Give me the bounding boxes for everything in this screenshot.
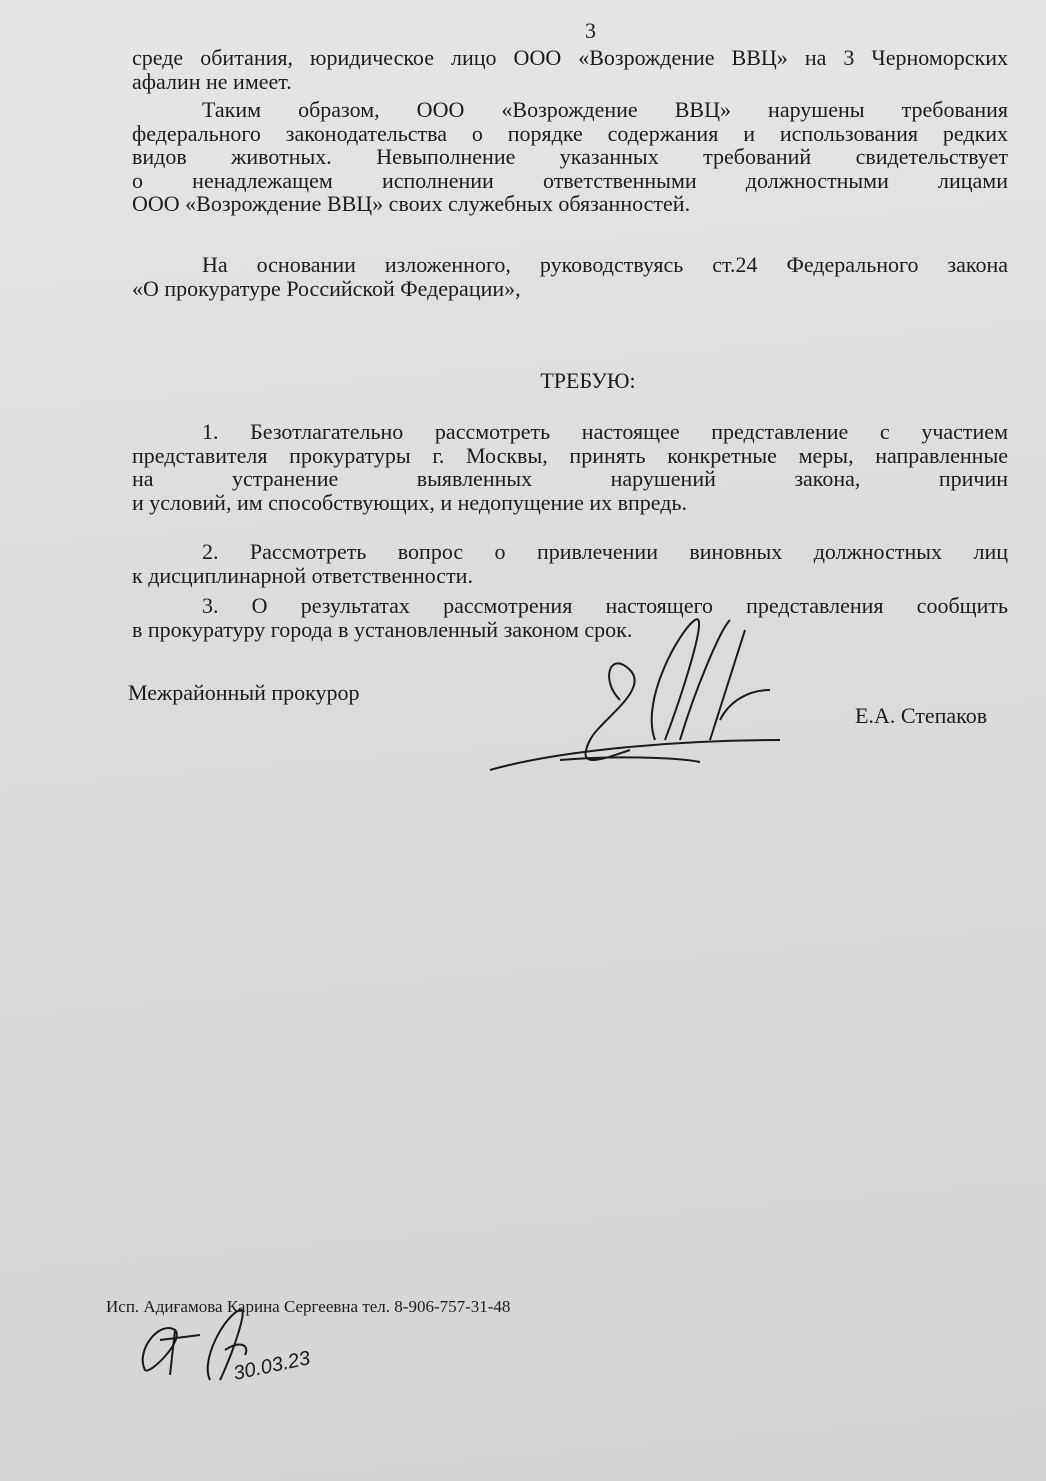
- text-line: афалин не имеет.: [132, 70, 1008, 94]
- signatory-name: Е.А. Степаков: [855, 703, 987, 729]
- text-line: 2. Рассмотреть вопрос о привлечении вино…: [132, 540, 1008, 564]
- text-line: и условий, им способствующих, и недопуще…: [132, 491, 1008, 515]
- handwritten-signature-icon: [480, 590, 800, 790]
- text-line: на устранение выявленных нарушений закон…: [132, 467, 1008, 491]
- text-line: к дисциплинарной ответственности.: [132, 564, 1008, 588]
- demand-heading: ТРЕБУЮ:: [0, 368, 1046, 394]
- text-line: На основании изложенного, руководствуясь…: [132, 253, 1008, 277]
- text-line: видов животных. Невыполнение указанных т…: [132, 145, 1008, 169]
- signatory-title: Межрайонный прокурор: [128, 680, 360, 706]
- document-page: 3 среде обитания, юридическое лицо ООО «…: [0, 0, 1046, 1481]
- text-line: представителя прокуратуры г. Москвы, при…: [132, 444, 1008, 468]
- handwritten-date: 30.03.23: [231, 1347, 312, 1385]
- text-line: среде обитания, юридическое лицо ООО «Во…: [132, 46, 1008, 70]
- text-line: 1. Безотлагательно рассмотреть настоящее…: [132, 420, 1008, 444]
- paragraph-3: На основании изложенного, руководствуясь…: [132, 253, 1008, 300]
- text-line: федерального законодательства о порядке …: [132, 122, 1008, 146]
- paragraph-2: Таким образом, ООО «Возрождение ВВЦ» нар…: [132, 98, 1008, 216]
- paragraph-1: среде обитания, юридическое лицо ООО «Во…: [132, 46, 1008, 93]
- page-number: 3: [585, 18, 596, 44]
- text-line: «О прокуратуре Российской Федерации»,: [132, 277, 1008, 301]
- text-line: Таким образом, ООО «Возрождение ВВЦ» нар…: [132, 98, 1008, 122]
- text-line: ООО «Возрождение ВВЦ» своих служебных об…: [132, 192, 1008, 216]
- text-line: о ненадлежащем исполнении ответственными…: [132, 169, 1008, 193]
- demand-1: 1. Безотлагательно рассмотреть настоящее…: [132, 420, 1008, 514]
- executor-signature-icon: 30.03.23: [130, 1300, 350, 1390]
- demand-2: 2. Рассмотреть вопрос о привлечении вино…: [132, 540, 1008, 587]
